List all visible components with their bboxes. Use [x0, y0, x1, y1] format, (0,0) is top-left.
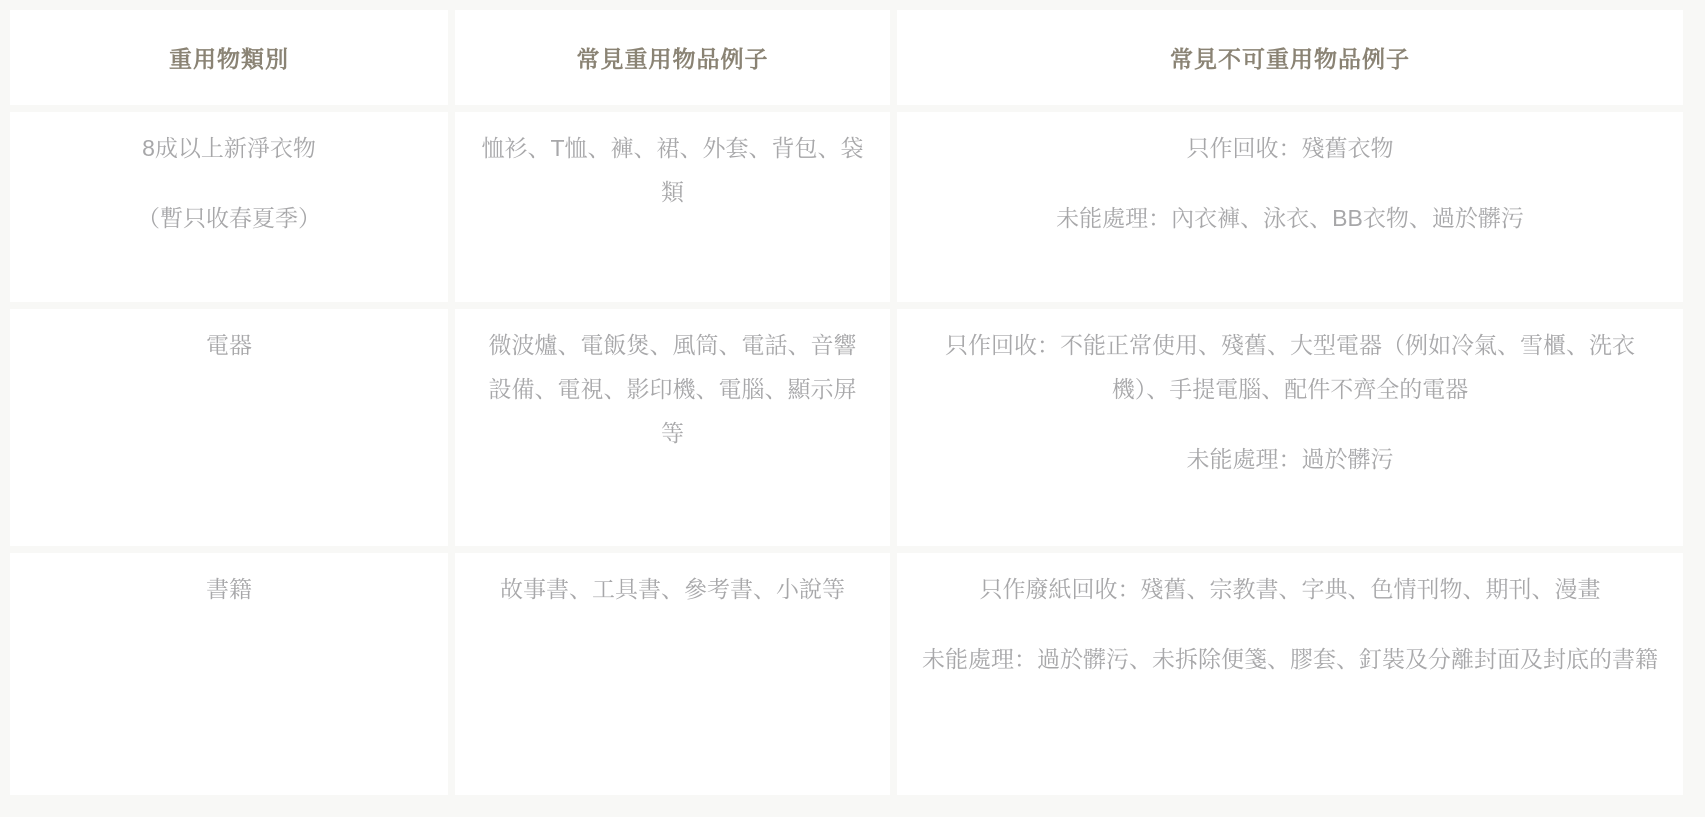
reuse-items-table: 重用物類別 常見重用物品例子 常見不可重用物品例子 8成以上新淨衣物（暫只收春夏…: [3, 3, 1690, 802]
column-header-category: 重用物類別: [10, 10, 448, 105]
non-reusable-examples-cell: 只作回收：不能正常使用、殘舊、大型電器（例如冷氣、雪櫃、洗衣機）、手提電腦、配件…: [897, 309, 1683, 546]
cell-paragraph: 只作回收：不能正常使用、殘舊、大型電器（例如冷氣、雪櫃、洗衣機）、手提電腦、配件…: [921, 323, 1659, 411]
cell-paragraph: 未能處理：過於髒污: [921, 437, 1659, 481]
cell-paragraph: 故事書、工具書、參考書、小說等: [479, 567, 866, 611]
category-cell: 電器: [10, 309, 448, 546]
cell-paragraph: 電器: [34, 323, 424, 367]
table-row: 書籍故事書、工具書、參考書、小說等只作廢紙回收：殘舊、宗教書、字典、色情刊物、期…: [10, 553, 1683, 795]
cell-paragraph: 只作回收：殘舊衣物: [921, 126, 1659, 170]
cell-paragraph: 未能處理：內衣褲、泳衣、BB衣物、過於髒污: [921, 196, 1659, 240]
reusable-examples-cell: 故事書、工具書、參考書、小說等: [455, 553, 890, 795]
non-reusable-examples-cell: 只作回收：殘舊衣物未能處理：內衣褲、泳衣、BB衣物、過於髒污: [897, 112, 1683, 302]
cell-paragraph: 微波爐、電飯煲、風筒、電話、音響設備、電視、影印機、電腦、顯示屏等: [479, 323, 866, 455]
reusable-examples-cell: 恤衫、T恤、褲、裙、外套、背包、袋類: [455, 112, 890, 302]
non-reusable-examples-cell: 只作廢紙回收：殘舊、宗教書、字典、色情刊物、期刊、漫畫未能處理：過於髒污、未拆除…: [897, 553, 1683, 795]
cell-paragraph: 恤衫、T恤、褲、裙、外套、背包、袋類: [479, 126, 866, 214]
category-cell: 書籍: [10, 553, 448, 795]
column-header-non-reusable-examples: 常見不可重用物品例子: [897, 10, 1683, 105]
reusable-examples-cell: 微波爐、電飯煲、風筒、電話、音響設備、電視、影印機、電腦、顯示屏等: [455, 309, 890, 546]
cell-paragraph: （暫只收春夏季）: [34, 196, 424, 240]
table-header-row: 重用物類別 常見重用物品例子 常見不可重用物品例子: [10, 10, 1683, 105]
cell-paragraph: 8成以上新淨衣物: [34, 126, 424, 170]
column-header-reusable-examples: 常見重用物品例子: [455, 10, 890, 105]
cell-paragraph: 未能處理：過於髒污、未拆除便箋、膠套、釘裝及分離封面及封底的書籍: [921, 637, 1659, 681]
table-row: 8成以上新淨衣物（暫只收春夏季）恤衫、T恤、褲、裙、外套、背包、袋類只作回收：殘…: [10, 112, 1683, 302]
cell-paragraph: 書籍: [34, 567, 424, 611]
cell-paragraph: 只作廢紙回收：殘舊、宗教書、字典、色情刊物、期刊、漫畫: [921, 567, 1659, 611]
table-row: 電器微波爐、電飯煲、風筒、電話、音響設備、電視、影印機、電腦、顯示屏等只作回收：…: [10, 309, 1683, 546]
category-cell: 8成以上新淨衣物（暫只收春夏季）: [10, 112, 448, 302]
